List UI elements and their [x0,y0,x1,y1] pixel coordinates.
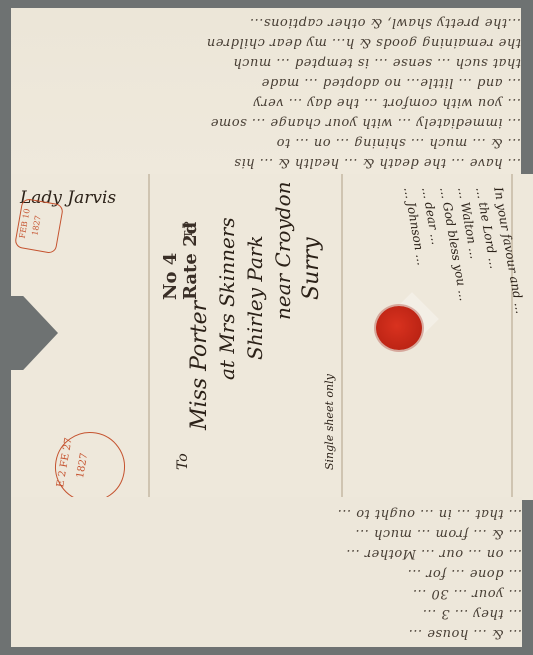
address-line-2: Shirley Park [243,235,267,360]
single-sheet-note: Single sheet only [323,374,336,470]
handwritten-line: ... and ... little... no adopted ... mad… [11,74,521,90]
handwritten-line: the remaining goods & h... my dear child… [11,34,521,50]
handwritten-line: ...the pretty shawl, & other captions... [11,14,521,30]
background-edge [0,180,11,645]
handwritten-line: ... & ... house ... [11,625,522,641]
handwritten-line: that such ... sense ... is tempted ... m… [11,54,521,70]
handwritten-line: ... on ... our ... Mother ... [11,545,522,561]
bottom-flap-handwritten: ... that ... in ... ought to ... ... & .… [11,497,522,647]
handwritten-line: ... & ... from ... much ... [11,525,522,541]
handwritten-line: ... you with comfort ... the day ... ver… [11,94,521,110]
top-flap-handwritten: ...the pretty shawl, & other captions...… [11,8,521,176]
address-line-4: Surry [299,237,324,300]
address-to: To [175,453,191,470]
postal-number-mark: No 4 [160,253,181,300]
address-name: Miss Porter [187,301,212,430]
handwritten-line: ... they ... 3 ... [11,605,522,621]
address-line-3: near Croydon [271,182,295,321]
handwritten-line: ... done ... for ... [11,565,522,581]
red-wax-seal [376,306,422,350]
red-date-stamp: FEB 10 1827 [14,198,64,255]
handwritten-line: ... your ... 30 ... [11,585,522,601]
handwritten-line: ... that ... in ... ought to ... [11,505,522,521]
address-line-1: at Mrs Skinners [215,217,239,380]
fold-line [341,174,343,500]
right-panel-text: In your favour and ... ... the Lord ... … [345,186,515,486]
postal-tp-mark: T.P [182,221,195,238]
handwritten-line: ... & ... much ... shining ... on ... to [11,134,521,150]
handwritten-line: ... have ... the death & ... health & ..… [11,154,521,170]
handwritten-line: ... immediately ... with your change ...… [11,114,521,130]
fold-line [148,174,150,500]
